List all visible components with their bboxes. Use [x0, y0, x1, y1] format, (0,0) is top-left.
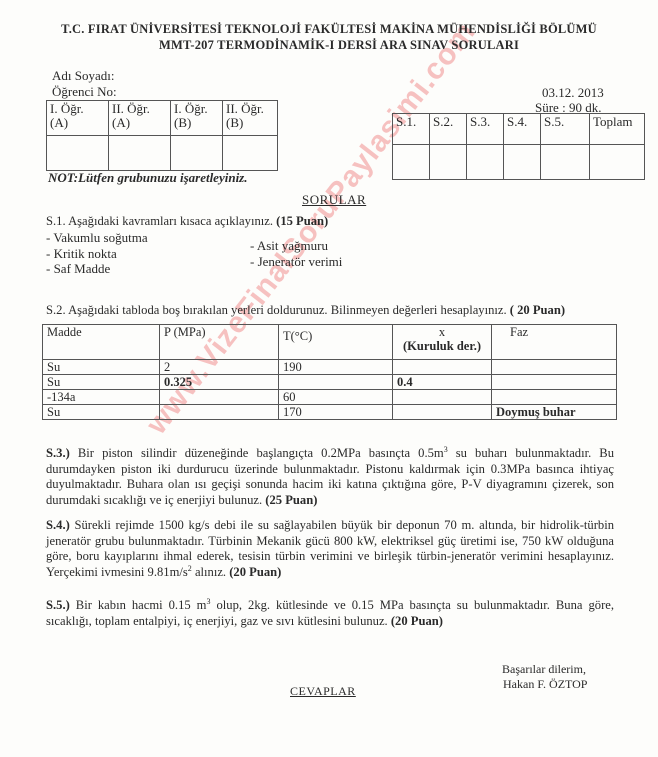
table-row: Su 0.325 0.4: [43, 375, 617, 390]
score-header: S.3.: [467, 114, 504, 145]
question-1-items-right: - Asit yağmuru - Jeneratör verimi: [250, 238, 342, 269]
table-row: Su 2 190: [43, 360, 617, 375]
score-cell[interactable]: [504, 145, 541, 180]
score-header: S.1.: [393, 114, 430, 145]
question-4: S.4.) Sürekli rejimde 1500 kg/s debi ile…: [46, 518, 614, 580]
score-cell[interactable]: [467, 145, 504, 180]
university-header: T.C. FIRAT ÜNİVERSİTESİ TEKNOLOJİ FAKÜLT…: [0, 22, 658, 37]
group-note: NOT:Lütfen grubunuzu işaretleyiniz.: [48, 170, 248, 186]
group-mark-2b[interactable]: [223, 136, 278, 171]
score-header: S.5.: [541, 114, 590, 145]
table-row: Su 170 Doymuş buhar: [43, 405, 617, 420]
score-cell[interactable]: [430, 145, 467, 180]
table-row: -134a 60: [43, 390, 617, 405]
score-cell[interactable]: [393, 145, 430, 180]
state-header-pressure: P (MPa): [160, 325, 279, 360]
exam-date: 03.12. 2013: [542, 85, 604, 101]
score-table: S.1. S.2. S.3. S.4. S.5. Toplam: [392, 113, 645, 180]
score-cell[interactable]: [590, 145, 645, 180]
closing-wish: Başarılar dilerim,: [502, 662, 586, 677]
question-2: S.2. Aşağıdaki tabloda boş bırakılan yer…: [46, 303, 614, 319]
question-1: S.1. Aşağıdaki kavramları kısaca açıklay…: [46, 214, 614, 230]
state-header-madde: Madde: [43, 325, 160, 360]
questions-title: SORULAR: [302, 192, 366, 208]
state-header-quality: x (Kuruluk der.): [393, 325, 492, 360]
score-header: S.4.: [504, 114, 541, 145]
score-cell[interactable]: [541, 145, 590, 180]
score-header: Toplam: [590, 114, 645, 145]
group-mark-1b[interactable]: [171, 136, 223, 171]
state-header-phase: Faz: [492, 325, 617, 360]
question-5: S.5.) Bir kabın hacmi 0.15 m3 olup, 2kg.…: [46, 598, 614, 629]
group-mark-2a[interactable]: [109, 136, 171, 171]
group-cell-1a: I. Öğr.(A): [47, 101, 109, 136]
state-table: Madde P (MPa) T(°C) x (Kuruluk der.) Faz…: [42, 324, 617, 420]
answers-title: CEVAPLAR: [290, 684, 356, 699]
group-cell-1b: I. Öğr.(B): [171, 101, 223, 136]
question-1-items-left: - Vakumlu soğutma - Kritik nokta - Saf M…: [46, 230, 148, 277]
exam-page: www.VizeFinalSoruPaylasimi.com T.C. FIRA…: [0, 0, 658, 757]
student-number-label: Öğrenci No:: [52, 84, 117, 100]
state-header-temperature: T(°C): [279, 325, 393, 360]
name-label: Adı Soyadı:: [52, 68, 114, 84]
score-header: S.2.: [430, 114, 467, 145]
course-header: MMT-207 TERMODİNAMİK-I DERSİ ARA SINAV S…: [0, 38, 658, 53]
group-table: I. Öğr.(A) II. Öğr.(A) I. Öğr.(B) II. Öğ…: [46, 100, 278, 171]
question-3: S.3.) Bir piston silindir düzeneğinde ba…: [46, 446, 614, 508]
group-cell-2a: II. Öğr.(A): [109, 101, 171, 136]
group-mark-1a[interactable]: [47, 136, 109, 171]
group-cell-2b: II. Öğr.(B): [223, 101, 278, 136]
author-name: Hakan F. ÖZTOP: [503, 677, 587, 692]
